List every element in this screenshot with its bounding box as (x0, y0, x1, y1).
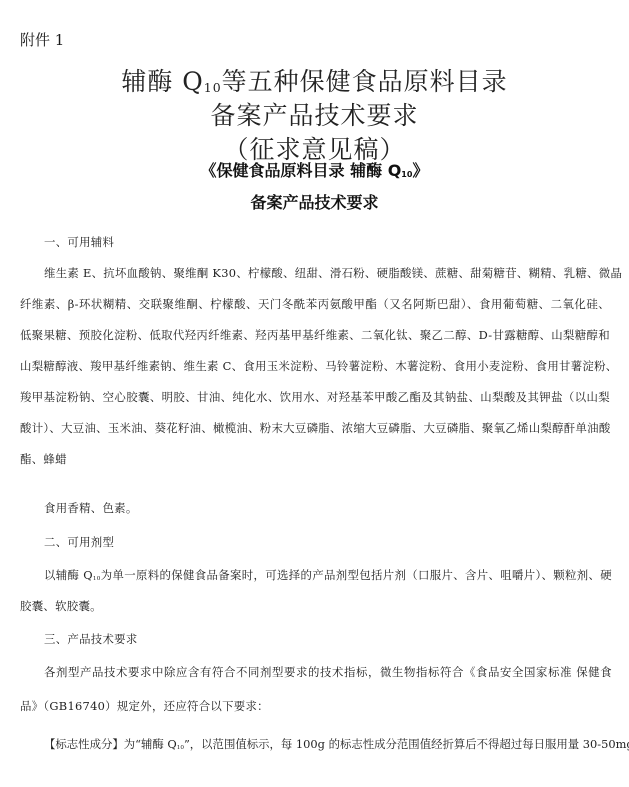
dosage-prefix: 以辅酶 Q (44, 568, 93, 582)
marker-subscript: 10 (177, 745, 184, 751)
marker-suffix: ”，以范围值标示，每 100g 的标志性成分范围值经折算后不得超过每日服用量 3… (184, 737, 629, 751)
dosage-suffix: 为单一原料的保健食品备案时，可选择的产品剂型包括片剂（口服片、含片、咀嚼片）、颗… (101, 568, 612, 582)
dosage-forms-line-1: 以辅酶 Q10为单一原料的保健食品备案时，可选择的产品剂型包括片剂（口服片、含片… (44, 567, 612, 583)
subtitle-line-1: 《保健食品原料目录 辅酶 Q10》 (0, 158, 629, 181)
section-heading-dosage-forms: 二、可用剂型 (44, 534, 114, 550)
title-suffix: 等五种保健食品原料目录 (222, 67, 508, 96)
excipients-line: 维生素 E、抗坏血酸钠、聚维酮 K30、柠檬酸、纽甜、滑石粉、硬脂酸镁、蔗糖、甜… (44, 265, 612, 281)
subtitle-line-2: 备案产品技术要求 (0, 190, 629, 213)
document-title-line-1: 辅酶 Q10等五种保健食品原料目录 (0, 62, 629, 98)
excipients-line: 酯、蜂蜡 (20, 451, 67, 467)
subtitle-prefix: 《保健食品原料目录 辅酶 Q (201, 161, 402, 180)
section-heading-excipients: 一、可用辅料 (44, 234, 114, 250)
excipients-line: 羧甲基淀粉钠、空心胶囊、明胶、甘油、纯化水、饮用水、对羟基苯甲酸乙酯及其钠盐、山… (20, 389, 610, 405)
dosage-subscript: 10 (93, 576, 101, 582)
document-title-line-2: 备案产品技术要求 (0, 96, 629, 132)
excipients-line: 酸计）、大豆油、玉米油、葵花籽油、橄榄油、粉末大豆磷脂、浓缩大豆磷脂、大豆磷脂、… (20, 420, 610, 436)
excipients-line: 纤维素、β-环状糊精、交联聚维酮、柠檬酸、天门冬酰苯丙氨酸甲酯（又名阿斯巴甜）、… (20, 296, 610, 312)
dosage-forms-line-2: 胶囊、软胶囊。 (20, 598, 102, 614)
flavor-color-note: 食用香精、色素。 (44, 500, 138, 516)
tech-requirements-line-1: 各剂型产品技术要求中除应含有符合不同剂型要求的技术指标，微生物指标符合《食品安全… (44, 664, 612, 680)
marker-component-line: 【标志性成分】为“辅酶 Q10”，以范围值标示，每 100g 的标志性成分范围值… (44, 736, 614, 752)
section-heading-tech-requirements: 三、产品技术要求 (44, 631, 138, 647)
title-prefix: 辅酶 Q (121, 67, 203, 96)
marker-prefix: 【标志性成分】为“辅酶 Q (44, 737, 177, 751)
excipients-line: 低聚果糖、预胶化淀粉、低取代羟丙纤维素、羟丙基甲基纤维素、二氧化钛、聚乙二醇、D… (20, 327, 610, 343)
tech-requirements-line-2: 品》（GB16740）规定外，还应符合以下要求： (20, 698, 269, 714)
title-subscript: 10 (204, 80, 222, 95)
subtitle-subscript: 10 (401, 170, 412, 179)
attachment-label: 附件 1 (20, 29, 64, 50)
subtitle-suffix: 》 (412, 161, 428, 180)
excipients-line: 山梨糖醇液、羧甲基纤维素钠、维生素 C、食用玉米淀粉、马铃薯淀粉、木薯淀粉、食用… (20, 358, 610, 374)
